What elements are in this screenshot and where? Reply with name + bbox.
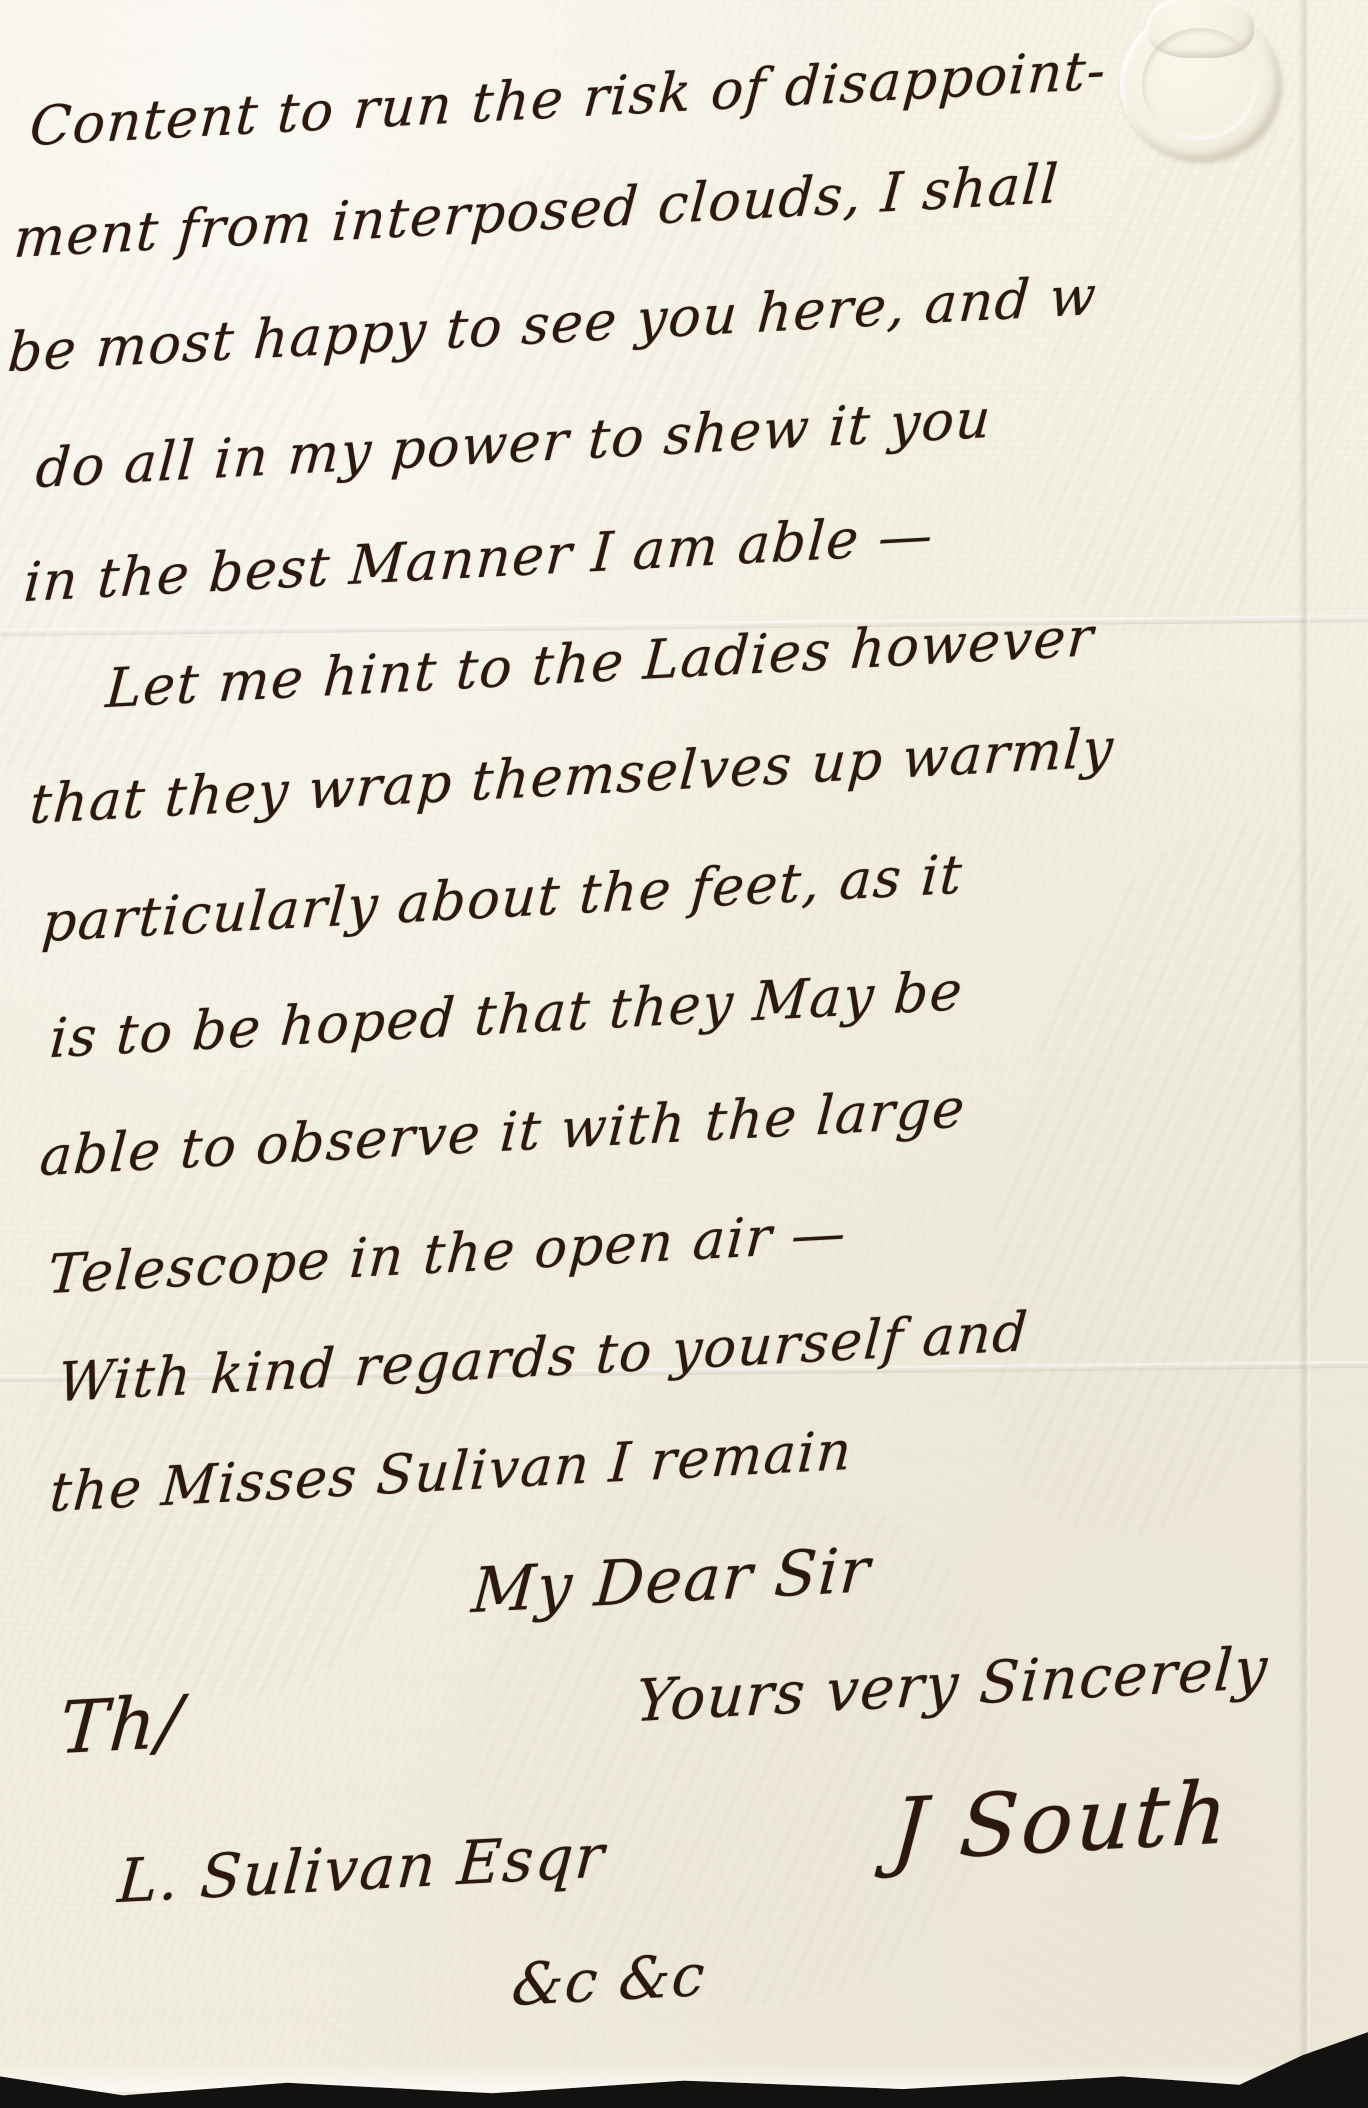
letter-line: Content to run the risk of disappoint- <box>28 43 1108 154</box>
scanned-letter-page: Content to run the risk of disappoint- m… <box>0 0 1368 2108</box>
show-through-mark <box>0 198 398 842</box>
signature: J South <box>889 1770 1233 1874</box>
letter-paper: Content to run the risk of disappoint- m… <box>0 0 1368 2108</box>
docket-mark: Th/ <box>57 1685 185 1764</box>
letter-line: able to observe it with the large <box>38 1081 967 1184</box>
embossed-seal-icon <box>1120 8 1280 160</box>
addressee-etcetera: &c &c <box>510 1946 708 2014</box>
letter-line: particularly about the feet, as it <box>40 848 965 951</box>
letter-line: is to be hoped that they May be <box>48 964 965 1066</box>
fold-crease <box>1298 0 1310 2108</box>
